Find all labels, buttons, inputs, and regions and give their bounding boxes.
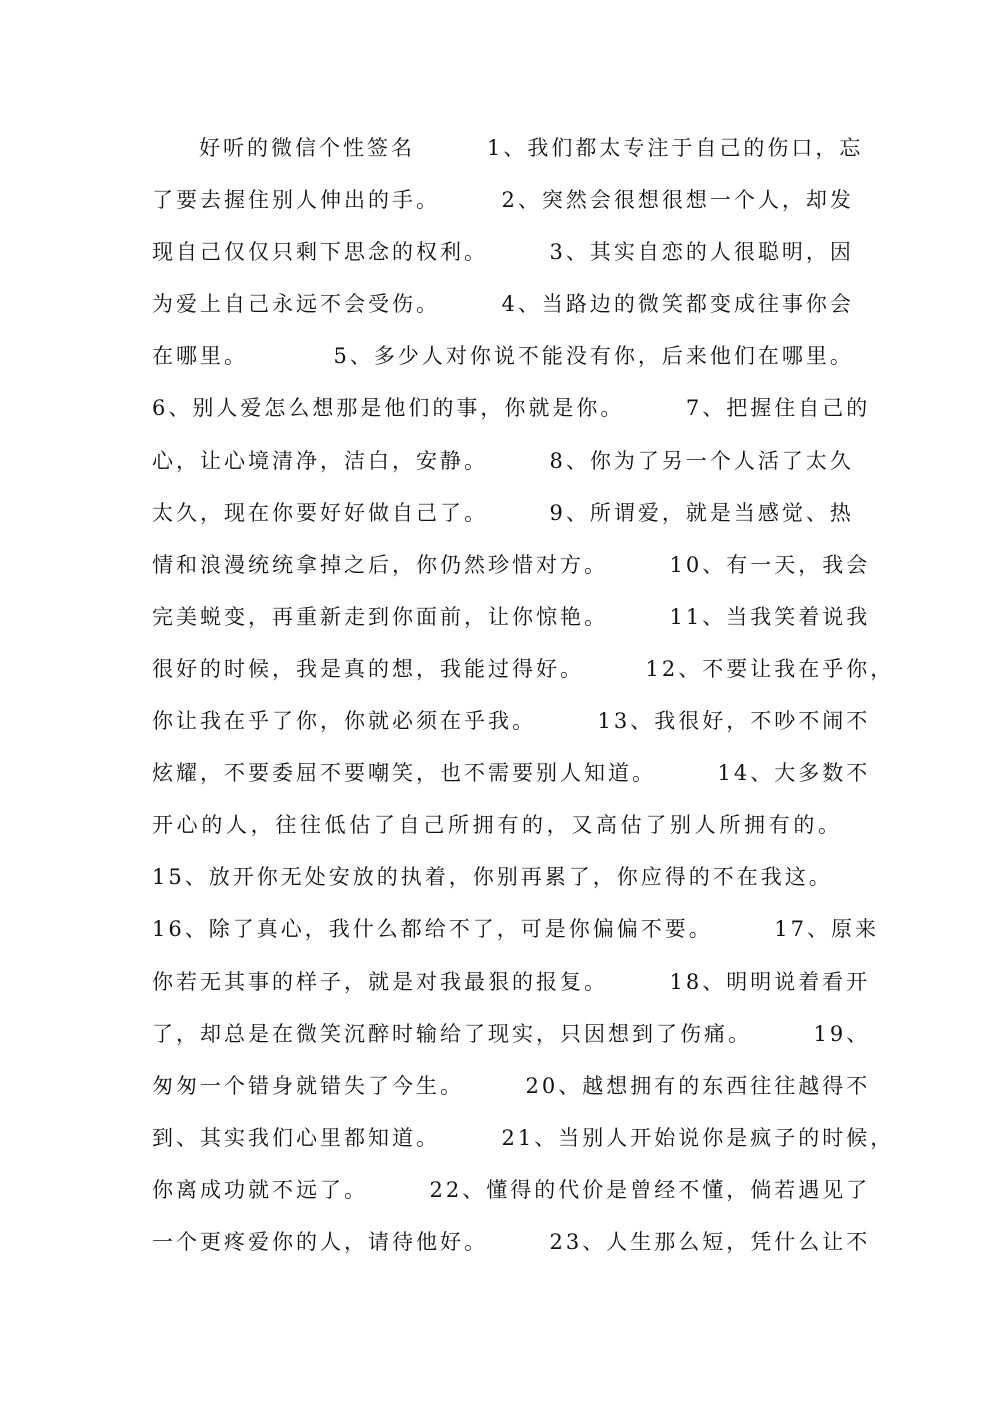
text-line: 匆匆一个错身就错失了今生。 20、越想拥有的东西往往越得不 (152, 1068, 842, 1120)
text-line: 太久，现在你要好好做自己了。 9、所谓爱，就是当感觉、热 (152, 495, 842, 547)
body-text: 好听的微信个性签名 1、我们都太专注于自己的伤口，忘 了要去握住别人伸出的手。 … (152, 130, 842, 1276)
text-line: 6、别人爱怎么想那是他们的事，你就是你。 7、把握住自己的 (152, 390, 842, 442)
text-line: 情和浪漫统统拿掉之后，你仍然珍惜对方。 10、有一天，我会 (152, 547, 842, 599)
text-line: 你让我在乎了你，你就必须在乎我。 13、我很好，不吵不闹不 (152, 703, 842, 755)
text-line: 现自己仅仅只剩下思念的权利。 3、其实自恋的人很聪明，因 (152, 234, 842, 286)
text-line: 你若无其事的样子，就是对我最狠的报复。 18、明明说着看开 (152, 964, 842, 1016)
text-line: 16、除了真心，我什么都给不了，可是你偏偏不要。 17、原来 (152, 911, 842, 963)
text-line: 15、放开你无处安放的执着，你别再累了，你应得的不在我这。 (152, 859, 842, 911)
text-line: 在哪里。 5、多少人对你说不能没有你，后来他们在哪里。 (152, 338, 842, 390)
text-line: 你离成功就不远了。 22、懂得的代价是曾经不懂，倘若遇见了 (152, 1172, 842, 1224)
text-line-title: 好听的微信个性签名 1、我们都太专注于自己的伤口，忘 (152, 130, 842, 182)
text-line: 开心的人，往往低估了自己所拥有的，又高估了别人所拥有的。 (152, 807, 842, 859)
text-line: 了要去握住别人伸出的手。 2、突然会很想很想一个人，却发 (152, 182, 842, 234)
text-line: 完美蜕变，再重新走到你面前，让你惊艳。 11、当我笑着说我 (152, 599, 842, 651)
text-line: 到、其实我们心里都知道。 21、当别人开始说你是疯子的时候， (152, 1120, 842, 1172)
document-page: 好听的微信个性签名 1、我们都太专注于自己的伤口，忘 了要去握住别人伸出的手。 … (0, 0, 993, 1404)
text-line: 了，却总是在微笑沉醉时输给了现实，只因想到了伤痛。 19、 (152, 1016, 842, 1068)
text-line: 心，让心境清净，洁白，安静。 8、你为了另一个人活了太久 (152, 443, 842, 495)
text-line: 很好的时候，我是真的想，我能过得好。 12、不要让我在乎你， (152, 651, 842, 703)
text-line: 为爱上自己永远不会受伤。 4、当路边的微笑都变成往事你会 (152, 286, 842, 338)
text-line: 一个更疼爱你的人，请待他好。 23、人生那么短，凭什么让不 (152, 1224, 842, 1276)
text-line: 炫耀，不要委屈不要嘲笑，也不需要别人知道。 14、大多数不 (152, 755, 842, 807)
